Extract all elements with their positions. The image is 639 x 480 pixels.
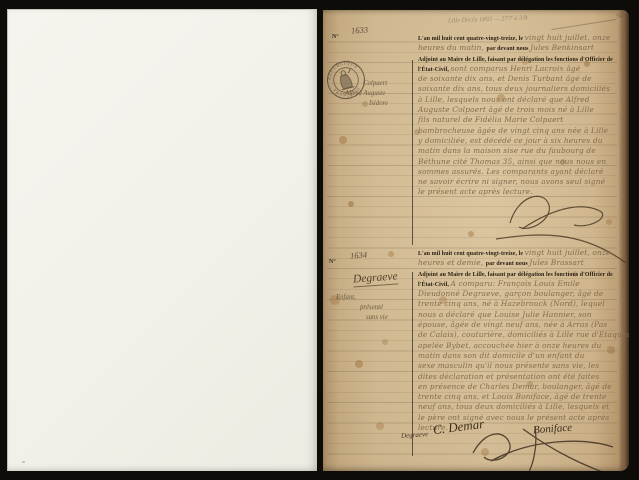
pencil-stroke xyxy=(551,19,616,30)
text-line: L'an mil huit cent quatre-vingt-treize, … xyxy=(418,31,622,41)
text-line: dites déclaration et présentation ont ét… xyxy=(418,370,622,380)
text-line: heures du matin, par devant nous Jules B… xyxy=(418,41,622,51)
margin-line: Isidore xyxy=(369,99,415,109)
margin-line: Enfant, xyxy=(336,293,416,303)
paper-speck xyxy=(22,461,25,463)
text-line: Auguste Colpaert âgé de trois mois né à … xyxy=(418,103,622,113)
text-line: Béthune cité Thomas 35, ainsi que nous n… xyxy=(418,155,622,165)
text-line: trente cinq ans, né à Hazebrouck (Nord),… xyxy=(418,297,622,307)
text-line: L'an mil huit cent quatre-vingt-treize, … xyxy=(418,246,622,256)
text-line: matin dans la maison sise rue du faubour… xyxy=(418,144,622,154)
text-line: Adjoint au Maire de Lille, faisant par d… xyxy=(418,267,622,277)
entry1-margin-rule xyxy=(412,60,413,245)
margin-line: sans vie xyxy=(366,313,416,323)
text-line: fils naturel de Fidélia Marie Colpaert xyxy=(418,113,622,123)
entry2-officer-signature xyxy=(461,423,629,471)
text-line: à Lille, lesquels nous ont déclaré que A… xyxy=(418,93,622,103)
text-line: de Calais), couturière, domiciliés à Lil… xyxy=(418,328,622,338)
text-line: nous a déclaré que Louise Julie Hannier,… xyxy=(418,308,622,318)
text-line: l'État-Civil, sont comparus Henri Lacroi… xyxy=(418,62,622,72)
text-line: sommes assurés. Les comparants ayant déc… xyxy=(418,165,622,175)
text-line: apelée Bybet, accouchée hier à onze heur… xyxy=(418,339,622,349)
entry1-act-text: L'an mil huit cent quatre-vingt-treize, … xyxy=(418,31,622,196)
pencil-annotation: Lille Décès 1893 — 27/7 à 3/8 xyxy=(448,15,528,25)
foxing-spots xyxy=(323,10,327,14)
entry2-number-label: N° xyxy=(329,259,336,265)
text-line: y domiciliée, est décédé ce jour à six h… xyxy=(418,134,622,144)
entry2-act-text: L'an mil huit cent quatre-vingt-treize, … xyxy=(418,246,622,431)
entry1-act-number: 1633 xyxy=(351,24,369,35)
text-line: l'État-Civil, A comparu: François Louis … xyxy=(418,277,622,287)
margin-line: Alfred Auguste xyxy=(345,89,415,99)
entry1-margin-name: ColpaertAlfred AugusteIsidore xyxy=(345,79,415,108)
entry2-margin-rule xyxy=(412,272,413,456)
register-right-page: Lille Décès 1893 — 27/7 à 3/8 94 N° 1633… xyxy=(323,10,629,471)
text-line: Adjoint au Maire de Lille, faisant par d… xyxy=(418,52,622,62)
entry2-act-number: 1634 xyxy=(350,249,368,260)
text-line: heures et demie, par devant nous Jules B… xyxy=(418,256,622,266)
text-line: épouse, âgée de vingt neuf ans, née à Ar… xyxy=(418,318,622,328)
text-line: sexe masculin qu'il nous présente sans v… xyxy=(418,359,622,369)
blank-left-page xyxy=(7,9,317,471)
book-scan: Lille Décès 1893 — 27/7 à 3/8 94 N° 1633… xyxy=(0,0,639,480)
text-line: soixante dix ans, tous deux journaliers … xyxy=(418,82,622,92)
text-line: en présence de Charles Demar, boulanger,… xyxy=(418,380,622,390)
margin-line: présenté xyxy=(360,303,416,313)
entry1-number-label: N° xyxy=(332,34,339,40)
page-corner-number: 94 xyxy=(616,12,623,20)
text-line: neuf ans, tous deux domiciliés à Lille, … xyxy=(418,400,622,410)
text-line: trente cinq ans, et Louis Boniface, âgé … xyxy=(418,390,622,400)
margin-line: Colpaert xyxy=(363,79,415,89)
entry2-margin-note: Enfant,présentésans vie xyxy=(336,293,416,323)
text-line: matin dans son dit domicile d'un enfant … xyxy=(418,349,622,359)
text-line: de soixante dix ans, et Denis Turbant âg… xyxy=(418,72,622,82)
text-line: Dieudonné Degraeve, garçon boulanger, âg… xyxy=(418,287,622,297)
text-line: bambrocheuse âgée de vingt cinq ans née … xyxy=(418,124,622,134)
